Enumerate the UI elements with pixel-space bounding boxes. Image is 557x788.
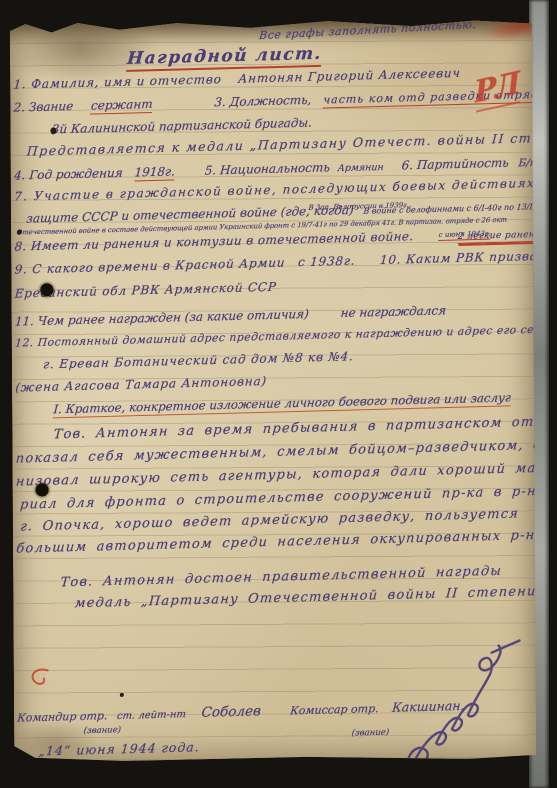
hole-punch-bottom xyxy=(36,483,49,496)
red-pencil-curl-mark xyxy=(28,666,54,688)
field-army-since-label: 9. С какого времени в Красной Армии xyxy=(14,255,286,276)
field-nationality-label: 5. Национальность xyxy=(204,160,330,177)
field-rank-value: сержант xyxy=(90,97,153,115)
field-brigade-line: 3й Калининской партизанской бригады. xyxy=(51,116,312,137)
field-drafted-by-value: Ереванский обл РВК Армянской ССР xyxy=(14,280,277,301)
document-title: Наградной лист. xyxy=(126,44,323,72)
ink-speck xyxy=(120,693,124,697)
commander-rank: ст. лейт-нт xyxy=(116,709,186,722)
section-heading-feat-description: I. Краткое, конкретное изложение личного… xyxy=(53,390,512,418)
ink-speck xyxy=(17,230,22,235)
field-war-value1: В войне с белофиннами с 6/I-40г по 13/II… xyxy=(363,202,556,216)
diagonal-approval-signature xyxy=(379,610,520,786)
field-nationality-value: Армянин xyxy=(337,162,384,174)
field-prior-awards-value: не награждался xyxy=(340,303,447,320)
field-party-label: 6. Партийность xyxy=(401,156,509,173)
field-family-value: (жена Агасова Тамара Антоновна) xyxy=(15,374,268,395)
field-position-label: 3. Должность, xyxy=(214,93,312,110)
commander-name-signature: Соболев xyxy=(201,703,262,721)
field-army-service-line: 9. С какого времени в Красной Армии с 19… xyxy=(14,249,547,277)
field-prior-awards-label: 11. Чем ранее награжден (за какие отличи… xyxy=(14,307,309,329)
red-pencil-mark: РЛ xyxy=(473,66,520,113)
ink-speck xyxy=(50,127,56,134)
field-home-address-value: г. Ереван Ботанический сад дом №8 кв №4. xyxy=(43,349,354,371)
date-line: „14“ июня 1944 года. xyxy=(38,739,200,758)
feat-paragraph-line: Тов. Антонян за время пребывания в парти… xyxy=(53,414,557,443)
field-birth-year-value: 1918г. xyxy=(134,164,176,181)
scanned-document-scene: Все графы заполнять полностью. Наградной… xyxy=(0,0,557,788)
field-birth-year-label: 4. Год рождения xyxy=(14,166,124,183)
field-army-since-value: с 1938г. xyxy=(297,254,355,270)
commander-title: Командир отр. xyxy=(17,709,108,724)
field-drafted-by-label: 10. Каким РВК призван xyxy=(379,249,547,267)
commissar-title: Комиссар отр. xyxy=(290,702,379,717)
hole-punch-top xyxy=(40,283,53,296)
field-position-value: часть ком отд разведки отряда №4 xyxy=(323,87,557,109)
award-sheet-paper: Все графы заполнять полностью. Наградной… xyxy=(10,18,537,761)
rank-note-under-commander: (звание) xyxy=(83,725,121,736)
field-prior-awards-line: 11. Чем ранее награжден (за какие отличи… xyxy=(14,303,446,328)
field-name-value: Антонян Григорий Алексеевич xyxy=(238,66,461,86)
field-rank-label: 2. Звание xyxy=(13,99,74,115)
